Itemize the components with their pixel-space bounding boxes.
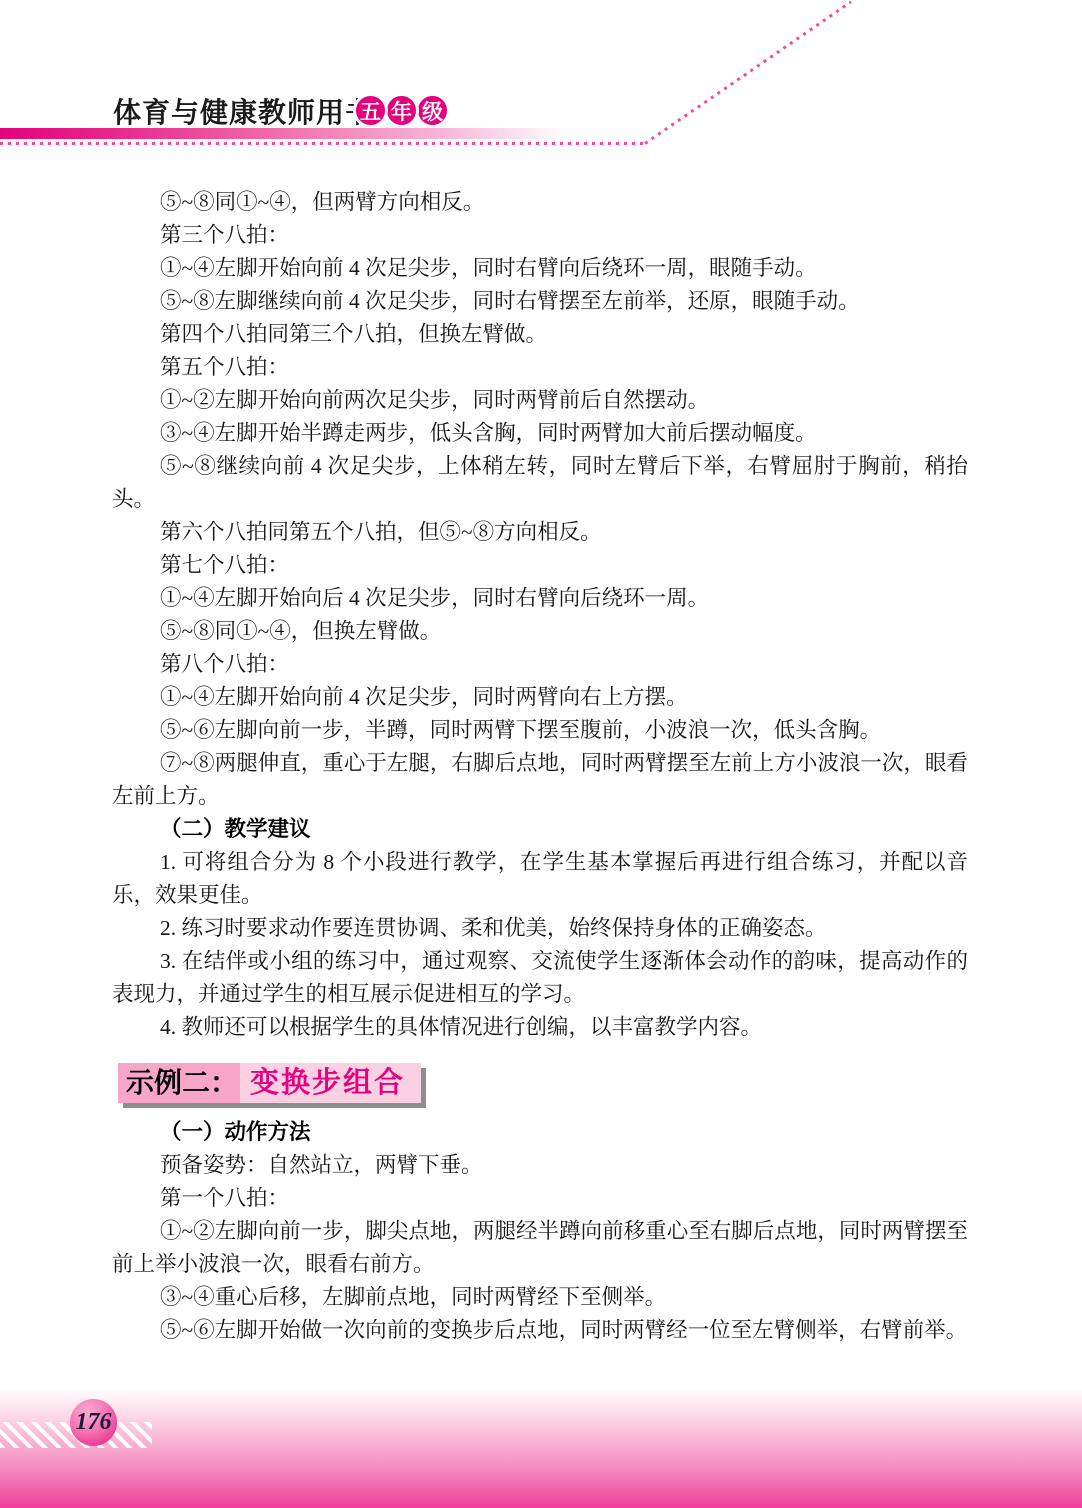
body-paragraph: ①~④左脚开始向后 4 次足尖步，同时右臂向后绕环一周。: [112, 582, 968, 615]
body-paragraph: 第五个八拍：: [112, 351, 968, 384]
header-dotted-diagonal: [644, 1, 852, 145]
body-paragraph: 第四个八拍同第三个八拍，但换左臂做。: [112, 318, 968, 351]
grade-badge-1: 五: [353, 93, 388, 128]
body-paragraph: ⑤~⑥左脚向前一步，半蹲，同时两臂下摆至腹前，小波浪一次，低头含胸。: [112, 714, 968, 747]
body-paragraph: 预备姿势：自然站立，两臂下垂。: [112, 1149, 968, 1182]
example-banner-label: 示例二：: [118, 1063, 240, 1103]
body-paragraph: 1. 可将组合分为 8 个小段进行教学，在学生基本掌握后再进行组合练习，并配以音…: [112, 846, 968, 912]
body-paragraph: ⑤~⑥左脚开始做一次向前的变换步后点地，同时两臂经一位至左臂侧举，右臂前举。: [112, 1314, 968, 1347]
header-dotted-line: [0, 142, 646, 145]
body-paragraph: 第六个八拍同第五个八拍，但⑤~⑧方向相反。: [112, 516, 968, 549]
body-paragraph: ③~④重心后移，左脚前点地，同时两臂经下至侧举。: [112, 1281, 968, 1314]
body-paragraph: ①~②左脚向前一步，脚尖点地，两腿经半蹲向前移重心至右脚后点地，同时两臂摆至前上…: [112, 1215, 968, 1281]
grade-badges: 五 年 级: [353, 93, 450, 128]
page-number: 176: [76, 1409, 112, 1436]
body-paragraph: ③~④左脚开始半蹲走两步，低头含胸，同时两臂加大前后摆动幅度。: [112, 417, 968, 450]
header-gradient-bar: [0, 128, 568, 139]
example-banner-row: 示例二： 变换步组合: [118, 1063, 968, 1103]
body-paragraph: 2. 练习时要求动作要连贯协调、柔和优美，始终保持身体的正确姿态。: [112, 912, 968, 945]
section-heading: （一）动作方法: [112, 1116, 968, 1149]
body-paragraph: 第一个八拍：: [112, 1182, 968, 1215]
body-paragraph: 4. 教师还可以根据学生的具体情况进行创编，以丰富教学内容。: [112, 1011, 968, 1044]
body-paragraph: 第八个八拍：: [112, 648, 968, 681]
body-paragraph: 第七个八拍：: [112, 549, 968, 582]
body-paragraph: ⑦~⑧两腿伸直，重心于左腿，右脚后点地，同时两臂摆至左前上方小波浪一次，眼看左前…: [112, 747, 968, 813]
example-banner-title: 变换步组合: [240, 1063, 421, 1103]
page-number-badge: 176: [70, 1399, 117, 1446]
section-heading: （二）教学建议: [112, 813, 968, 846]
body-paragraph: 第三个八拍：: [112, 219, 968, 252]
page-body: ⑤~⑧同①~④，但两臂方向相反。第三个八拍：①~④左脚开始向前 4 次足尖步，同…: [112, 186, 968, 1347]
body-paragraph: ⑤~⑧继续向前 4 次足尖步，上体稍左转，同时左臂后下举，右臂屈肘于胸前，稍抬头…: [112, 450, 968, 516]
grade-badge-2: 年: [384, 93, 419, 128]
body-paragraph: ①~④左脚开始向前 4 次足尖步，同时右臂向后绕环一周，眼随手动。: [112, 252, 968, 285]
body-paragraph: ①~④左脚开始向前 4 次足尖步，同时两臂向右上方摆。: [112, 681, 968, 714]
grade-badge-3: 级: [415, 93, 450, 128]
body-paragraph: ⑤~⑧同①~④，但换左臂做。: [112, 615, 968, 648]
body-paragraph: ⑤~⑧同①~④，但两臂方向相反。: [112, 186, 968, 219]
book-title: 体育与健康教师用书: [113, 91, 374, 131]
page-footer: 176: [0, 1388, 1082, 1508]
body-paragraph: ⑤~⑧左脚继续向前 4 次足尖步，同时右臂摆至左前举，还原，眼随手动。: [112, 285, 968, 318]
body-paragraph: ①~②左脚开始向前两次足尖步，同时两臂前后自然摆动。: [112, 384, 968, 417]
body-paragraph: 3. 在结伴或小组的练习中，通过观察、交流使学生逐渐体会动作的韵味，提高动作的表…: [112, 945, 968, 1011]
